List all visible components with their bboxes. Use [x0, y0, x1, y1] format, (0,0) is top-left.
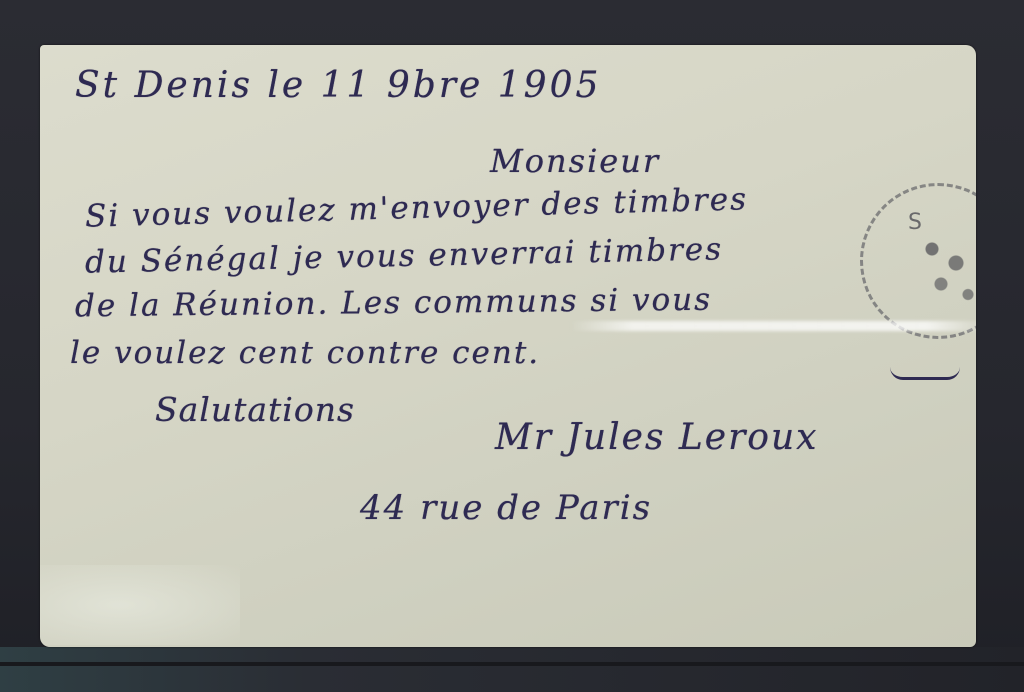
body-line-2: du Sénégal je vous enverrai timbres — [85, 231, 724, 280]
frame-bottom-edge — [0, 647, 1024, 692]
closing: Salutations — [155, 390, 355, 429]
postcard: S St Denis le 11 9bre 1905 Monsieur Si v… — [40, 45, 976, 647]
body-line-4: le voulez cent contre cent. — [70, 335, 540, 371]
signature: Mr Jules Leroux — [495, 417, 818, 458]
greeting: Monsieur — [490, 142, 660, 180]
glass-glare — [570, 321, 976, 331]
body-line-3: de la Réunion. Les communs si vous — [75, 282, 712, 325]
ink-stroke-mark — [890, 367, 960, 380]
frame-groove — [0, 662, 1024, 666]
light-reflection — [40, 565, 240, 645]
body-line-1: Si vous voulez m'envoyer des timbres — [85, 181, 749, 234]
date-line: St Denis le 11 9bre 1905 — [75, 65, 601, 106]
postmark-ink — [920, 235, 976, 305]
postmark-text: S — [908, 210, 922, 235]
address: 44 rue de Paris — [360, 488, 652, 528]
